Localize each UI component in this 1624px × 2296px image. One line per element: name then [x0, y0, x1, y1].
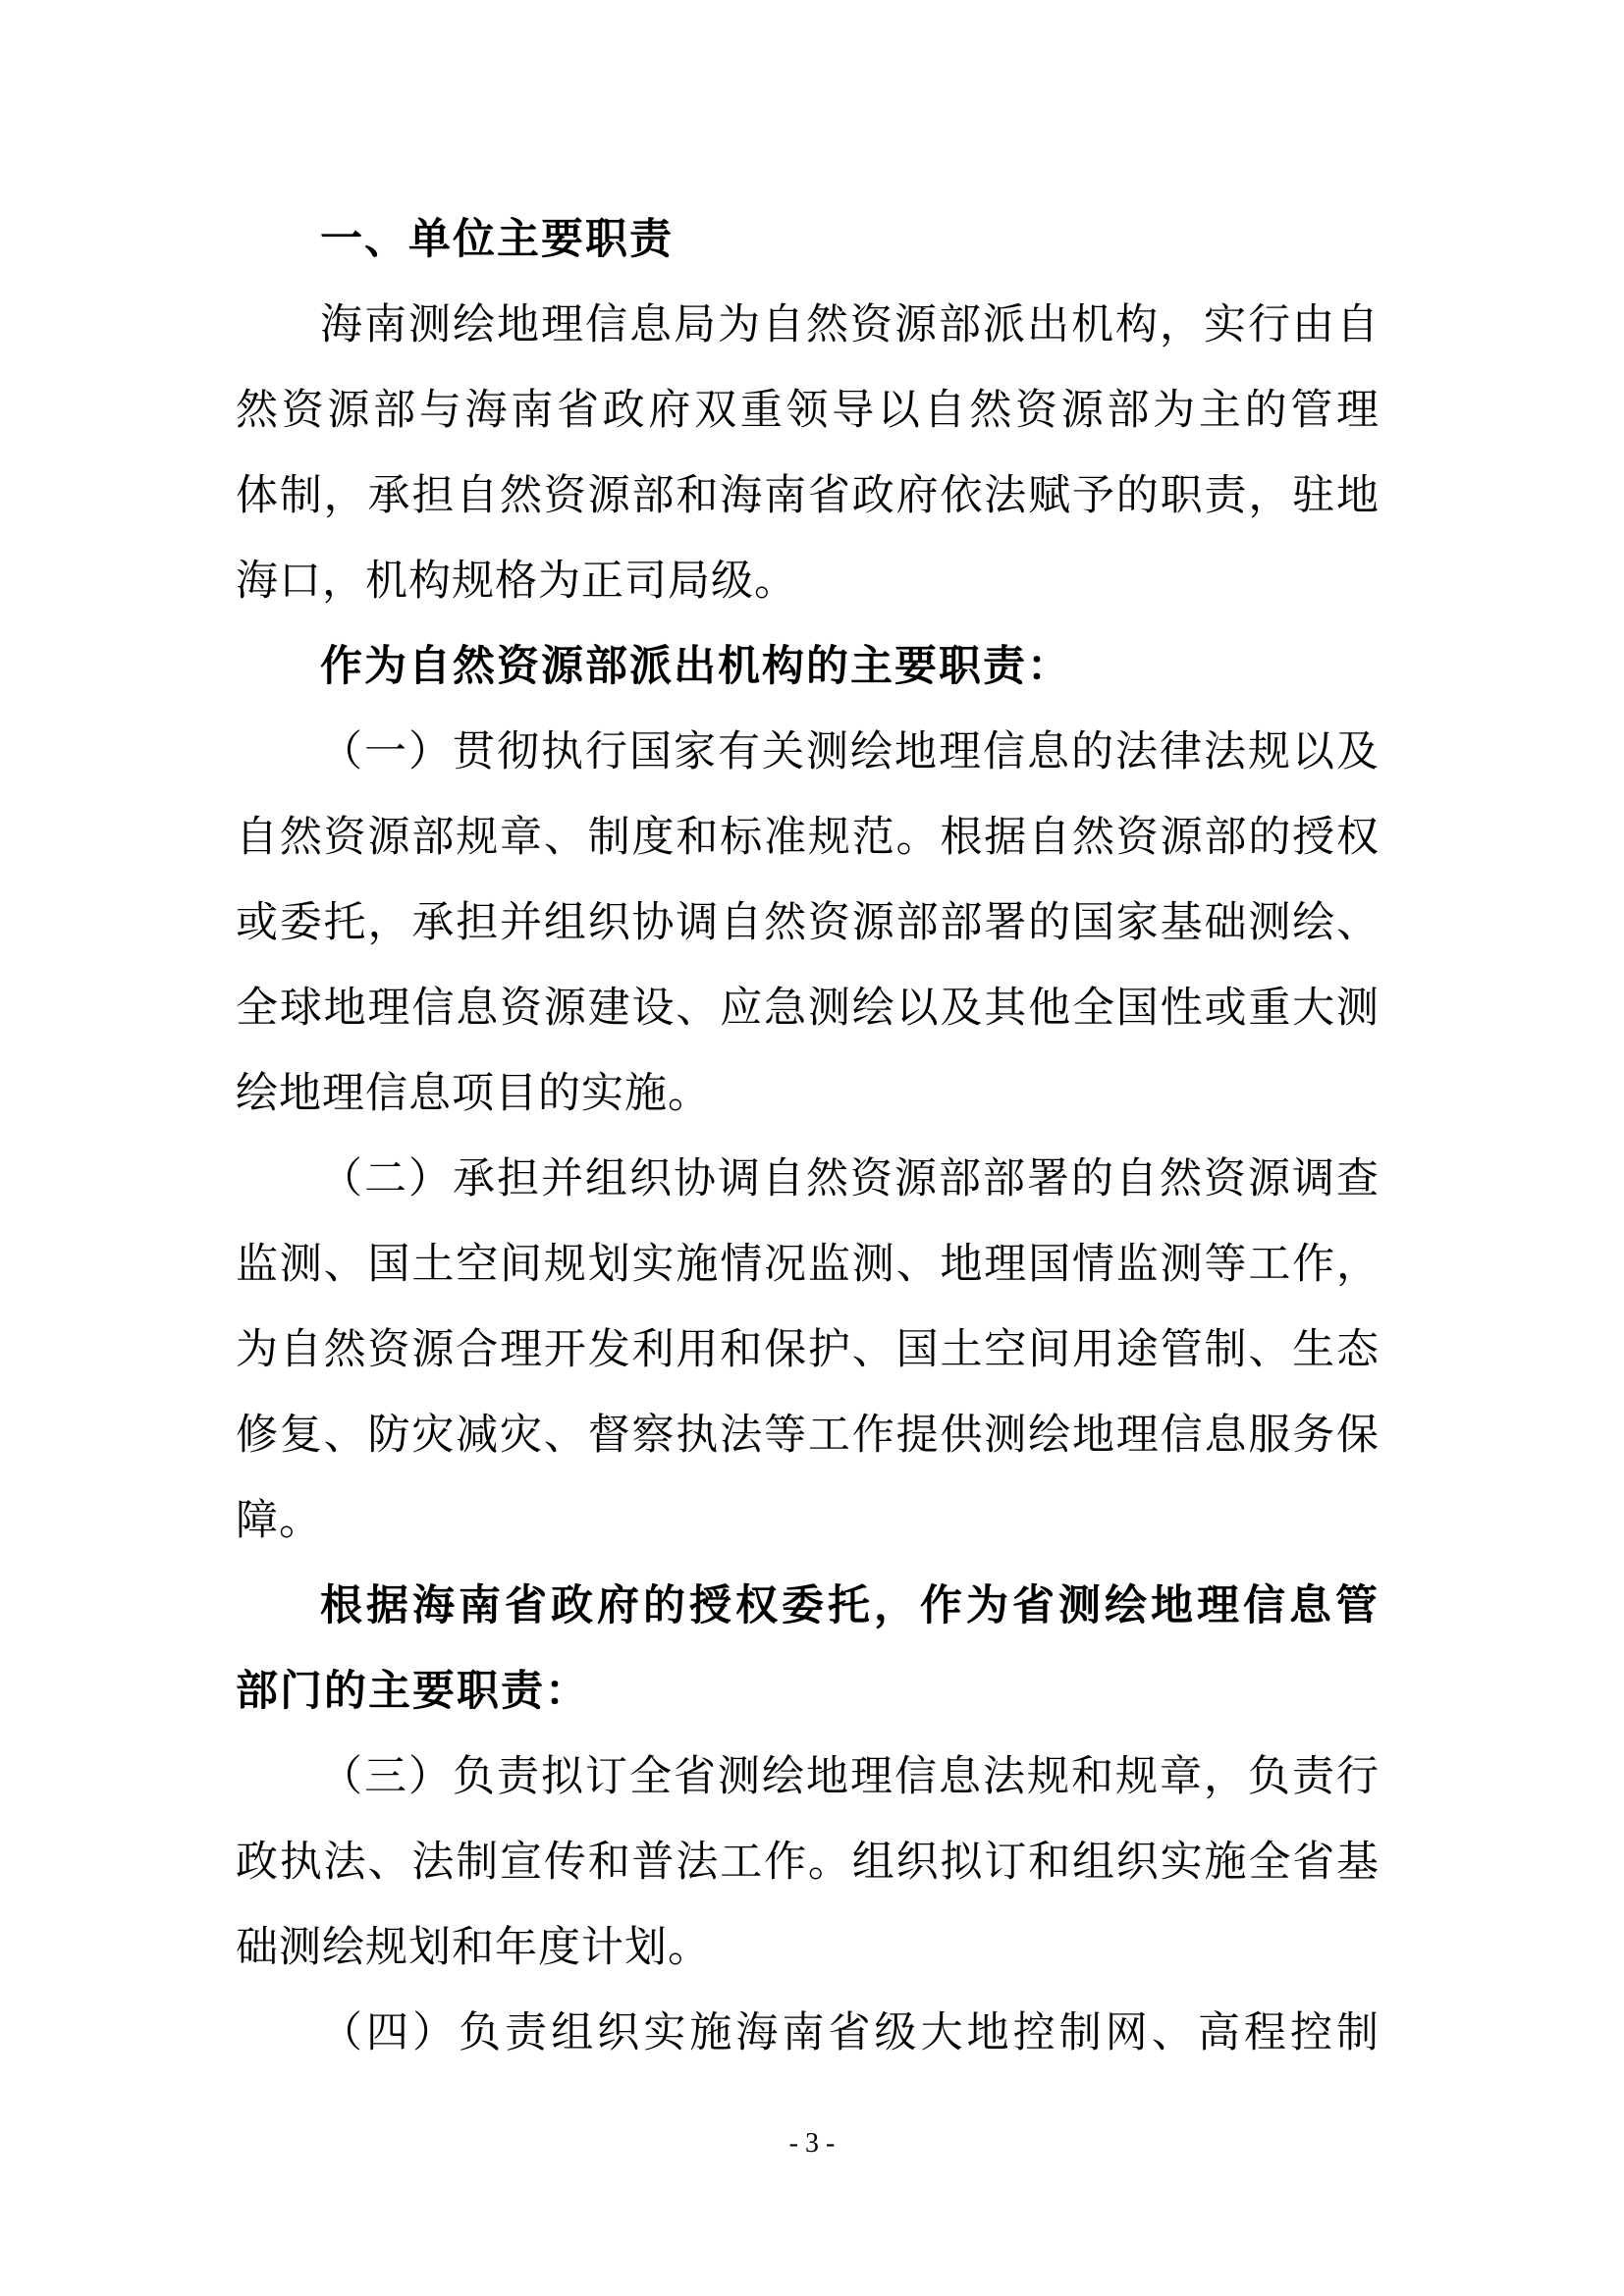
text-line: 为自然资源合理开发利用和保护、国土空间用途管制、生态	[236, 1308, 1380, 1393]
section-heading: 一、单位主要职责	[236, 197, 1380, 283]
text-line: 障。	[236, 1478, 1380, 1564]
text-line: 海南测绘地理信息局为自然资源部派出机构，实行由自	[236, 283, 1380, 368]
text-line: （三）负责拟订全省测绘地理信息法规和规章，负责行	[236, 1735, 1380, 1820]
text-line: （一）贯彻执行国家有关测绘地理信息的法律法规以及	[236, 710, 1380, 795]
text-line: 础测绘规划和年度计划。	[236, 1905, 1380, 1991]
text-line: 绘地理信息项目的实施。	[236, 1051, 1380, 1137]
subsection-heading: 根据海南省政府的授权委托，作为省测绘地理信息管理	[236, 1564, 1380, 1649]
page-number: - 3 -	[0, 2126, 1624, 2162]
text-line: （四）负责组织实施海南省级大地控制网、高程控制网、	[236, 1991, 1380, 2076]
text-line: （二）承担并组织协调自然资源部部署的自然资源调查	[236, 1137, 1380, 1222]
text-line: 或委托，承担并组织协调自然资源部部署的国家基础测绘、	[236, 881, 1380, 966]
text-line: 修复、防灾减灾、督察执法等工作提供测绘地理信息服务保	[236, 1393, 1380, 1478]
text-line: 然资源部与海南省政府双重领导以自然资源部为主的管理	[236, 368, 1380, 454]
text-line: 监测、国土空间规划实施情况监测、地理国情监测等工作，	[236, 1222, 1380, 1308]
text-line: 体制，承担自然资源部和海南省政府依法赋予的职责，驻地	[236, 454, 1380, 539]
subsection-heading: 作为自然资源部派出机构的主要职责：	[236, 624, 1380, 710]
text-line: 政执法、法制宣传和普法工作。组织拟订和组织实施全省基	[236, 1820, 1380, 1905]
subsection-heading: 部门的主要职责：	[236, 1649, 1380, 1735]
document-content: 一、单位主要职责 海南测绘地理信息局为自然资源部派出机构，实行由自 然资源部与海…	[236, 197, 1380, 2076]
text-line: 自然资源部规章、制度和标准规范。根据自然资源部的授权	[236, 795, 1380, 881]
document-page: 一、单位主要职责 海南测绘地理信息局为自然资源部派出机构，实行由自 然资源部与海…	[0, 0, 1624, 2296]
text-line: 海口，机构规格为正司局级。	[236, 539, 1380, 624]
text-line: 全球地理信息资源建设、应急测绘以及其他全国性或重大测	[236, 966, 1380, 1051]
